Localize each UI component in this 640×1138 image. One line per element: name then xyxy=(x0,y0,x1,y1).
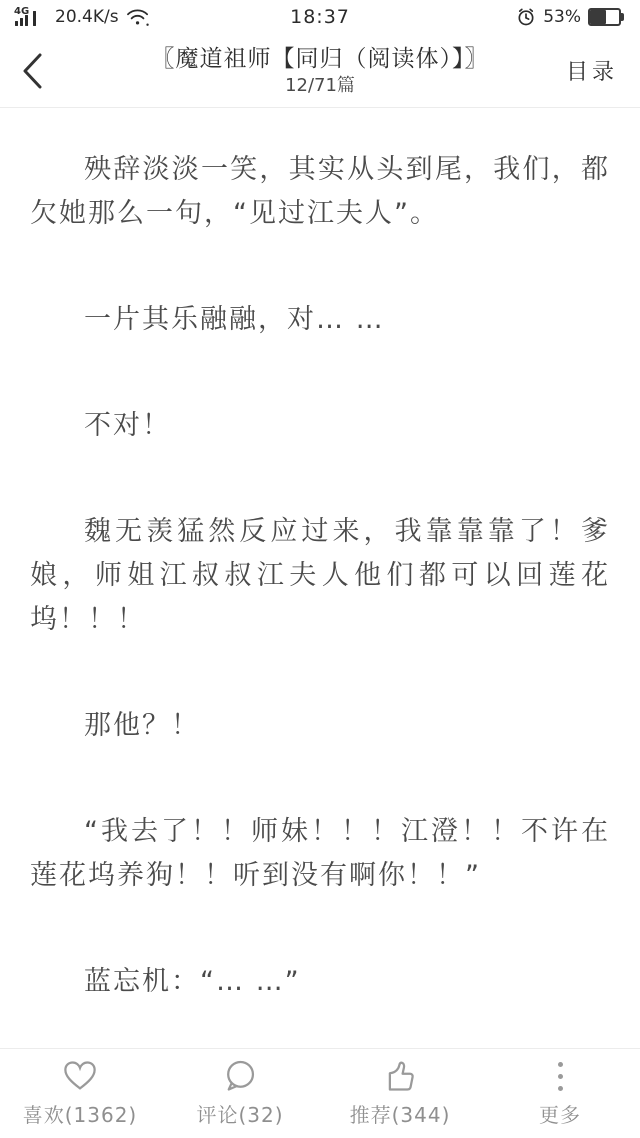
back-button[interactable] xyxy=(22,49,62,93)
paragraph: 殃辞淡淡一笑，其实从头到尾，我们，都欠她那么一句，“见过江夫人”。 xyxy=(30,148,610,236)
more-button[interactable]: 更多 xyxy=(480,1049,640,1138)
chapter-header: 〖魔道祖师【同归（阅读体）】〗 12/71篇 目录 xyxy=(0,34,640,108)
chapter-progress: 12/71篇 xyxy=(285,74,355,98)
network-speed: 20.4K/s xyxy=(55,7,119,27)
status-left: 4G 20.4K/s xyxy=(14,6,150,28)
toc-button[interactable]: 目录 xyxy=(566,55,618,86)
action-bar: 喜欢(1362) 评论(32) 推荐(344) 更多 xyxy=(0,1048,640,1138)
alarm-icon xyxy=(516,7,536,27)
comment-count-label: 评论(32) xyxy=(196,1099,283,1128)
chapter-title-block: 〖魔道祖师【同归（阅读体）】〗 12/71篇 xyxy=(80,34,560,107)
heart-icon xyxy=(62,1059,98,1093)
paragraph: 蓝忘机：“… …” xyxy=(30,960,610,1004)
recommend-button[interactable]: 推荐(344) xyxy=(320,1049,480,1138)
paragraph: 一片其乐融融，对… … xyxy=(30,298,610,342)
battery-icon xyxy=(588,8,626,26)
reader-app-screen: 4G 20.4K/s 18:37 53% xyxy=(0,0,640,1138)
more-icon xyxy=(542,1059,578,1093)
wifi-icon xyxy=(126,7,150,27)
back-chevron-icon xyxy=(22,53,44,89)
status-bar: 4G 20.4K/s 18:37 53% xyxy=(0,0,640,34)
paragraph: 那他？！ xyxy=(30,704,610,748)
battery-percent: 53% xyxy=(543,7,581,27)
like-button[interactable]: 喜欢(1362) xyxy=(0,1049,160,1138)
more-label: 更多 xyxy=(539,1099,581,1128)
paragraph: 不对！ xyxy=(30,404,610,448)
reading-area[interactable]: 殃辞淡淡一笑，其实从头到尾，我们，都欠她那么一句，“见过江夫人”。 一片其乐融融… xyxy=(0,108,640,1048)
cellular-signal-icon: 4G xyxy=(14,6,48,28)
status-right: 53% xyxy=(516,7,626,27)
like-count-label: 喜欢(1362) xyxy=(23,1099,138,1128)
comment-button[interactable]: 评论(32) xyxy=(160,1049,320,1138)
comment-icon xyxy=(222,1059,258,1093)
paragraph: “我去了！！师妹！！！江澄！！不许在莲花坞养狗！！听到没有啊你！！” xyxy=(30,810,610,898)
paragraph: 魏无羡猛然反应过来，我靠靠靠了！爹娘，师姐江叔叔江夫人他们都可以回莲花坞！！！ xyxy=(30,510,610,642)
recommend-count-label: 推荐(344) xyxy=(350,1099,451,1128)
chapter-title: 〖魔道祖师【同归（阅读体）】〗 xyxy=(152,44,489,74)
thumbs-up-icon xyxy=(382,1059,418,1093)
